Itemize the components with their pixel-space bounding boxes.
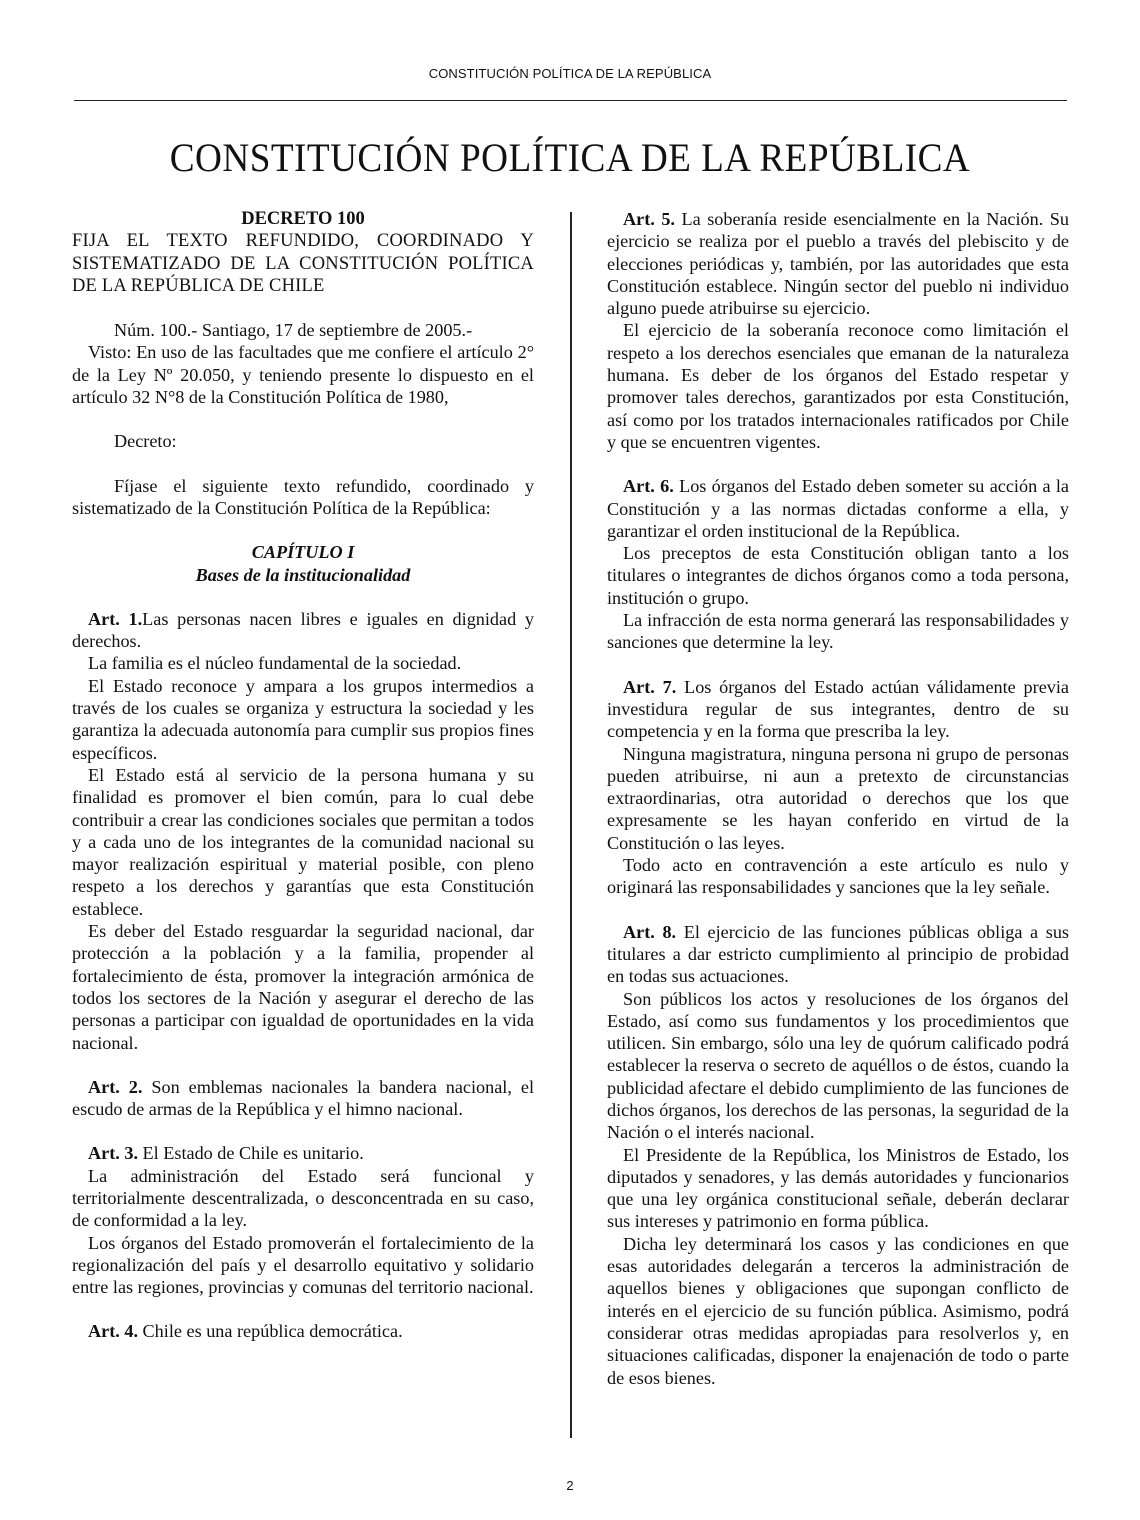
article-paragraph: La familia es el núcleo fundamental de l… <box>72 652 534 674</box>
article-2: Art. 2. Son emblemas nacionales la bande… <box>72 1076 534 1121</box>
article-paragraph: Dicha ley determinará los casos y las co… <box>607 1233 1069 1389</box>
article-paragraph: La infracción de esta norma generará las… <box>607 609 1069 654</box>
article-text: Las personas nacen libres e iguales en d… <box>72 609 534 651</box>
article-4: Art. 4. Chile es una república democráti… <box>72 1320 534 1342</box>
article-text: Los órganos del Estado deben someter su … <box>607 476 1069 541</box>
article-paragraph: Ninguna magistratura, ninguna persona ni… <box>607 743 1069 854</box>
article-3: Art. 3. El Estado de Chile es unitario. … <box>72 1142 534 1298</box>
article-paragraph: Son públicos los actos y resoluciones de… <box>607 988 1069 1144</box>
article-label: Art. 1. <box>88 609 142 629</box>
decree-subtitle: FIJA EL TEXTO REFUNDIDO, COORDINADO Y SI… <box>72 230 534 297</box>
chapter-name: Bases de la institucionalidad <box>72 564 534 586</box>
article-text: Son emblemas nacionales la bandera nacio… <box>72 1077 534 1119</box>
decreto-label: Decreto: <box>72 430 534 452</box>
document-title: CONSTITUCIÓN POLÍTICA DE LA REPÚBLICA <box>40 134 1100 181</box>
article-label: Art. 2. <box>88 1077 142 1097</box>
header-rule <box>74 100 1067 101</box>
article-paragraph: Todo acto en contravención a este artícu… <box>607 854 1069 899</box>
article-label: Art. 3. <box>88 1143 138 1163</box>
fijase-paragraph: Fíjase el siguiente texto refundido, coo… <box>72 475 534 520</box>
article-text: La soberanía reside esencialmente en la … <box>607 209 1069 318</box>
article-paragraph: El Presidente de la República, los Minis… <box>607 1144 1069 1233</box>
column-divider <box>570 212 572 1438</box>
article-paragraph: Los preceptos de esta Constitución oblig… <box>607 542 1069 609</box>
left-column: DECRETO 100 FIJA EL TEXTO REFUNDIDO, COO… <box>72 208 534 1343</box>
running-header: CONSTITUCIÓN POLÍTICA DE LA REPÚBLICA <box>0 66 1140 81</box>
article-label: Art. 4. <box>88 1321 138 1341</box>
article-paragraph: Es deber del Estado resguardar la seguri… <box>72 920 534 1054</box>
article-paragraph: El Estado está al servicio de la persona… <box>72 764 534 920</box>
chapter-label: CAPÍTULO I <box>72 541 534 563</box>
right-column: Art. 5. La soberanía reside esencialment… <box>607 208 1069 1389</box>
article-8: Art. 8. El ejercicio de las funciones pú… <box>607 921 1069 1389</box>
page-number: 2 <box>0 1478 1140 1493</box>
article-label: Art. 8. <box>623 922 676 942</box>
article-paragraph: El ejercicio de la soberanía reconoce co… <box>607 319 1069 453</box>
article-text: El Estado de Chile es unitario. <box>138 1143 364 1163</box>
article-text: Los órganos del Estado actúan válidament… <box>607 677 1069 742</box>
article-text: Chile es una república democrática. <box>138 1321 403 1341</box>
article-7: Art. 7. Los órganos del Estado actúan vá… <box>607 676 1069 899</box>
article-5: Art. 5. La soberanía reside esencialment… <box>607 208 1069 453</box>
article-paragraph: El Estado reconoce y ampara a los grupos… <box>72 675 534 764</box>
article-label: Art. 5. <box>623 209 675 229</box>
decree-heading: DECRETO 100 <box>72 208 534 230</box>
article-text: El ejercicio de las funciones públicas o… <box>607 922 1069 987</box>
decree-visto: Visto: En uso de las facultades que me c… <box>72 341 534 408</box>
article-1: Art. 1.Las personas nacen libres e igual… <box>72 608 534 1054</box>
article-label: Art. 6. <box>623 476 674 496</box>
article-label: Art. 7. <box>623 677 676 697</box>
article-6: Art. 6. Los órganos del Estado deben som… <box>607 475 1069 653</box>
article-paragraph: La administración del Estado será funcio… <box>72 1165 534 1232</box>
decree-number-line: Núm. 100.- Santiago, 17 de septiembre de… <box>72 319 534 341</box>
article-paragraph: Los órganos del Estado promoverán el for… <box>72 1232 534 1299</box>
